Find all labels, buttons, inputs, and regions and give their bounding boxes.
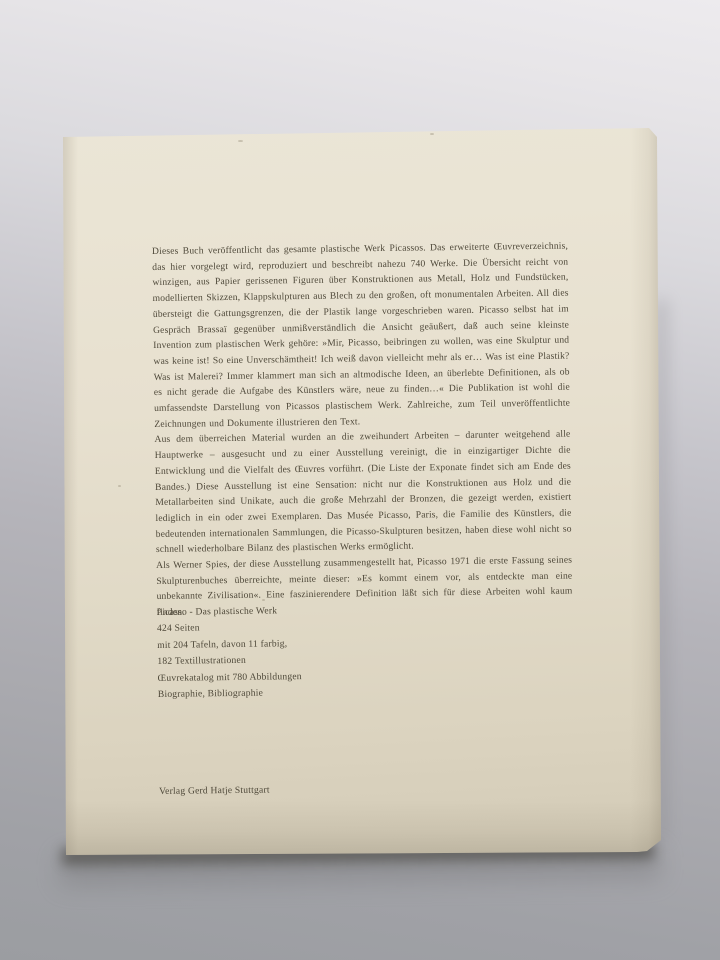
blurb-text: Dieses Buch veröffentlicht das gesamte p… bbox=[152, 239, 573, 621]
blurb-paragraph-1: Dieses Buch veröffentlicht das gesamte p… bbox=[152, 239, 570, 433]
printed-content: Dieses Buch veröffentlicht das gesamte p… bbox=[0, 0, 720, 960]
colophon-block: Picasso - Das plastische Werk 424 Seiten… bbox=[157, 601, 458, 703]
book-back-cover: Dieses Buch veröffentlicht das gesamte p… bbox=[0, 0, 720, 960]
blurb-paragraph-2: Aus dem überreichen Material wurden an d… bbox=[154, 427, 572, 558]
colophon-biography: Biographie, Bibliographie bbox=[158, 683, 458, 703]
photo-background: Dieses Buch veröffentlicht das gesamte p… bbox=[0, 0, 720, 960]
publisher-line: Verlag Gerd Hatje Stuttgart bbox=[159, 782, 459, 797]
